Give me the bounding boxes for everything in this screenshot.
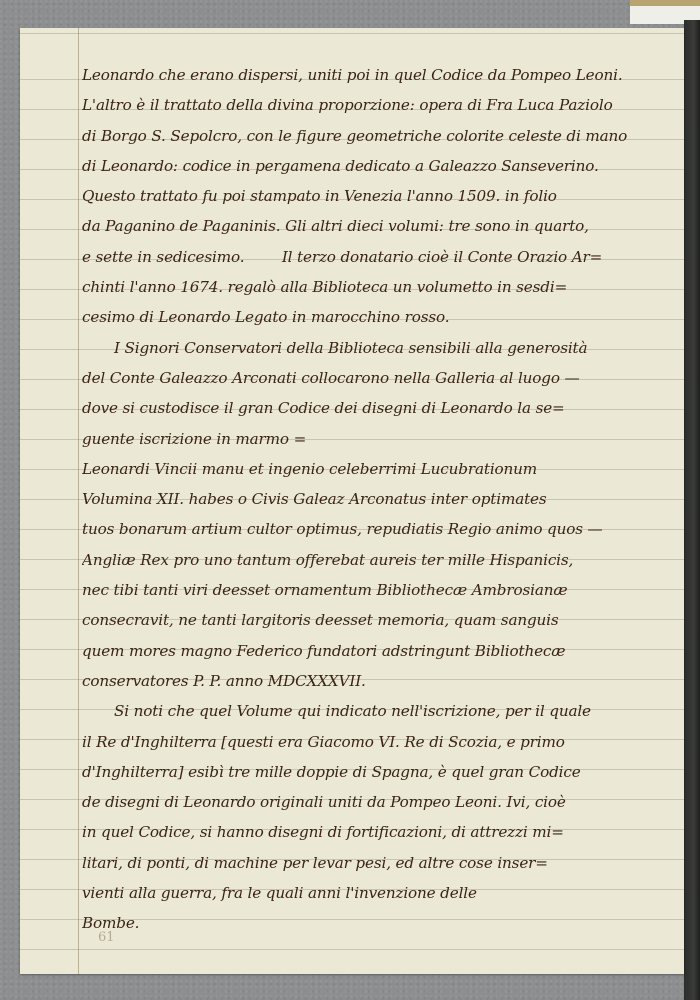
text-line: guente iscrizione in marmo = <box>82 424 682 454</box>
text-line: del Conte Galeazzo Arconati collocarono … <box>82 363 682 393</box>
text-line: da Paganino de Paganinis. Gli altri diec… <box>82 211 682 241</box>
text-line: Si noti che quel Volume qui indicato nel… <box>82 696 682 726</box>
text-line: il Re d'Inghilterra [questi era Giacomo … <box>82 727 682 757</box>
text-line: d'Inghilterra] esibì tre mille doppie di… <box>82 757 682 787</box>
book-binding-edge <box>684 20 700 1000</box>
text-line: litari, di ponti, di machine per levar p… <box>82 848 682 878</box>
text-line: Bombe. <box>82 908 682 938</box>
inscription-line: nec tibi tanti viri deesset ornamentum B… <box>82 575 682 605</box>
inscription-line: Leonardi Vincii manu et ingenio celeberr… <box>82 454 682 484</box>
inscription-line: tuos bonarum artium cultor optimus, repu… <box>82 514 682 544</box>
inscription-line: Volumina XII. habes o Civis Galeaz Arcon… <box>82 484 682 514</box>
margin-rule <box>78 28 79 974</box>
text-line: L'altro è il trattato della divina propo… <box>82 90 682 120</box>
inscription-line: quem mores magno Federico fundatori adst… <box>82 636 682 666</box>
text-line: di Borgo S. Sepolcro, con le figure geom… <box>82 121 682 151</box>
text-line: cesimo di Leonardo Legato in marocchino … <box>82 302 682 332</box>
text-line: di Leonardo: codice in pergamena dedicat… <box>82 151 682 181</box>
manuscript-page: Leonardo che erano dispersi, uniti poi i… <box>20 28 684 974</box>
text-line: de disegni di Leonardo originali uniti d… <box>82 787 682 817</box>
inscription-line: consecravit, ne tanti largitoris deesset… <box>82 605 682 635</box>
text-line: Questo trattato fu poi stampato in Venez… <box>82 181 682 211</box>
text-line: Leonardo che erano dispersi, uniti poi i… <box>82 60 682 90</box>
manuscript-text: Leonardo che erano dispersi, uniti poi i… <box>82 60 682 939</box>
text-line: e sette in sedicesimo. Il terzo donatari… <box>82 242 682 272</box>
text-line: in quel Codice, si hanno disegni di fort… <box>82 817 682 847</box>
inscription-line: Angliæ Rex pro uno tantum offerebat aure… <box>82 545 682 575</box>
faint-page-number: 61 <box>98 930 115 945</box>
inscription-line: conservatores P. P. anno MDCXXXVII. <box>82 666 682 696</box>
text-line: I Signori Conservatori della Biblioteca … <box>82 333 682 363</box>
text-line: chinti l'anno 1674. regalò alla Bibliote… <box>82 272 682 302</box>
text-line: dove si custodisce il gran Codice dei di… <box>82 393 682 423</box>
text-line: vienti alla guerra, fra le quali anni l'… <box>82 878 682 908</box>
